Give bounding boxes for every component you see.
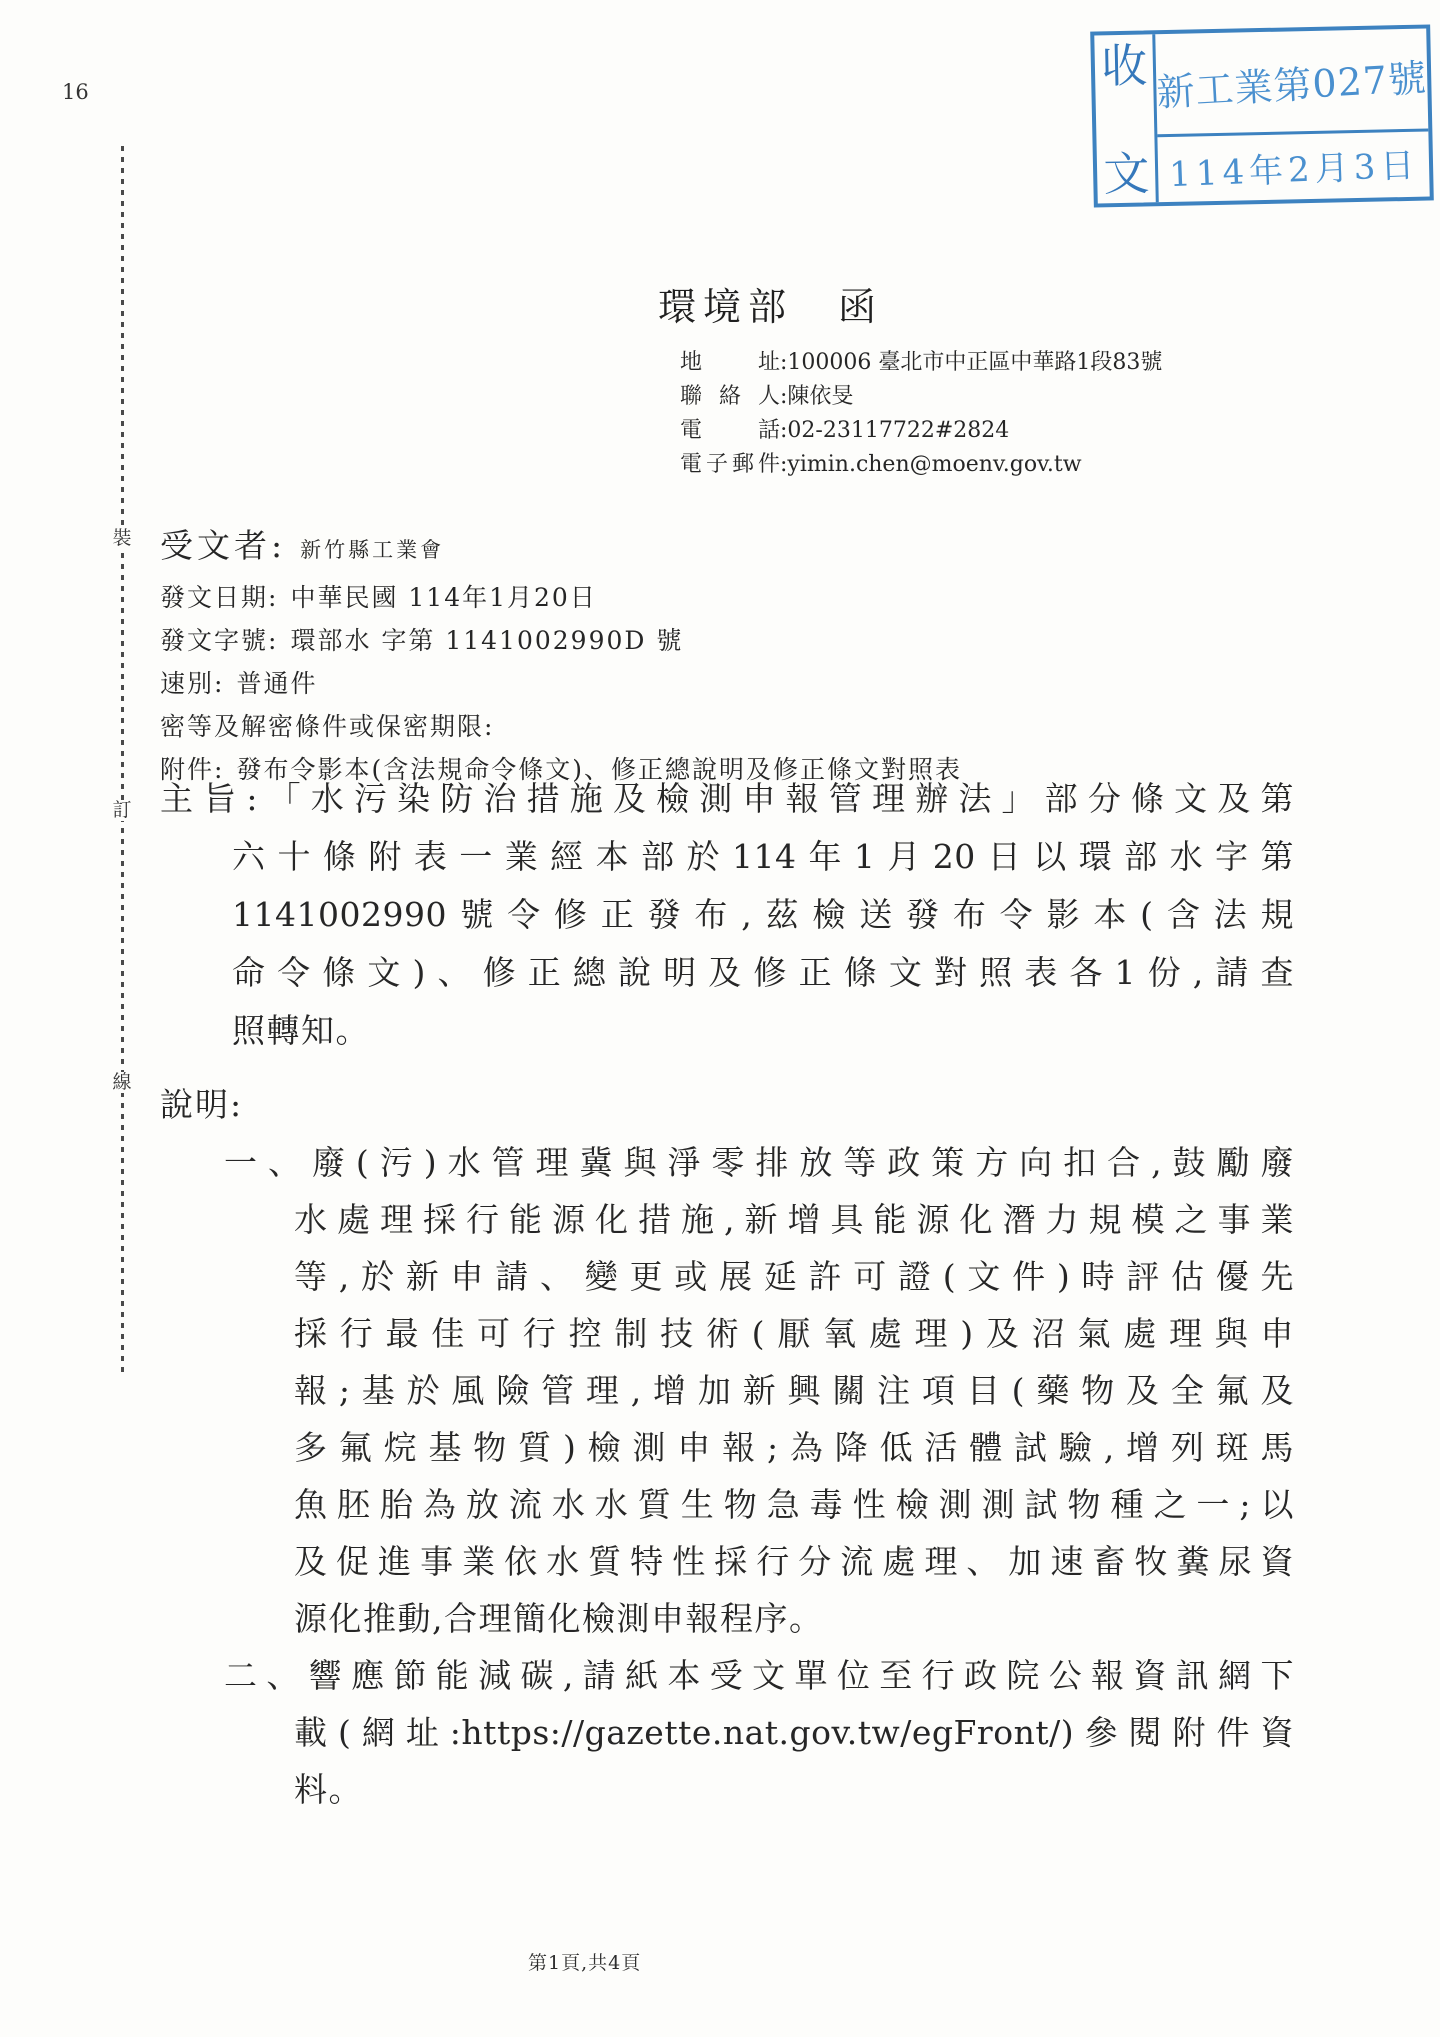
contact-email-value: yimin.chen@moenv.gov.tw — [787, 448, 1081, 482]
letter-body: 主旨:「水污染防治措施及檢測申報管理辦法」部分條文及第 六十條附表一業經本部於1… — [160, 770, 1294, 1818]
subject-line: 主旨:「水污染防治措施及檢測申報管理辦法」部分條文及第 — [160, 770, 1294, 828]
subject-line: 1141002990號令修正發布,茲檢送發布令影本(含法規 — [232, 886, 1294, 944]
explanation-item1-line: 魚胚胎為放流水水質生物急毒性檢測測試物種之一;以 — [294, 1476, 1294, 1533]
document-page: 16 收 文 新工業第027號 114年2月3日 裝 訂 線 環境部 函 地址:… — [0, 0, 1440, 2037]
contact-phone-row: 電話:02-23117722#2824 — [680, 414, 1162, 448]
explanation-item2-line: 二、響應節能減碳,請紙本受文單位至行政院公報資訊網下 — [224, 1647, 1294, 1704]
meta-speed-row: 速別:普通件 — [160, 662, 962, 705]
stamp-date-handwriting: 114年2月3日 — [1168, 138, 1420, 197]
contact-address-value: 100006 臺北市中正區中華路1段83號 — [787, 346, 1162, 380]
stamp-char-receive: 收 — [1101, 42, 1148, 89]
explanation-item1-line: 採行最佳可行控制技術(厭氧處理)及沼氣處理與申 — [294, 1305, 1294, 1362]
meta-doc-number-value: 環部水 字第 1141002990D 號 — [290, 626, 683, 655]
meta-issue-date-row: 發文日期:中華民國 114年1月20日 — [160, 576, 962, 619]
recipient-line: 受文者:新竹縣工業會 — [160, 520, 444, 567]
contact-person-value: 陳依旻 — [787, 380, 853, 414]
binding-mark-ding: 訂 — [109, 800, 135, 821]
recipient-label: 受文者: — [160, 526, 286, 565]
received-stamp-label-column: 收 文 — [1094, 34, 1159, 203]
meta-doc-number-label: 發文字號: — [160, 626, 278, 655]
explanation-item1-line: 報;基於風險管理,增加新興關注項目(藥物及全氟及 — [294, 1362, 1294, 1419]
stamp-date-cell: 114年2月3日 — [1158, 132, 1430, 203]
explanation-item1-line: 等,於新申請、變更或展延許可證(文件)時評估優先 — [294, 1248, 1294, 1305]
contact-email-row: 電子郵件:yimin.chen@moenv.gov.tw — [680, 448, 1162, 482]
contact-info: 地址:100006 臺北市中正區中華路1段83號 聯絡人:陳依旻 電話:02-2… — [680, 346, 1162, 482]
binding-mark-xian: 線 — [109, 1072, 135, 1093]
doc-meta: 發文日期:中華民國 114年1月20日 發文字號:環部水 字第 11410029… — [160, 576, 962, 791]
page-corner-number: 16 — [62, 80, 89, 104]
recipient-value: 新竹縣工業會 — [300, 538, 444, 562]
contact-phone-value: 02-23117722#2824 — [787, 414, 1009, 448]
letter-title: 環境部 函 — [658, 276, 883, 331]
explanation-item1-line: 一、廢(污)水管理冀與淨零排放等政策方向扣合,鼓勵廢 — [224, 1134, 1294, 1191]
explanation-item1-line: 源化推動,合理簡化檢測申報程序。 — [294, 1590, 1294, 1647]
meta-speed-value: 普通件 — [236, 669, 317, 698]
contact-address-row: 地址:100006 臺北市中正區中華路1段83號 — [680, 346, 1162, 380]
meta-speed-label: 速別: — [160, 669, 224, 698]
meta-issue-date-value: 中華民國 114年1月20日 — [290, 583, 596, 612]
explanation-item2-line: 載(網址:https://gazette.nat.gov.tw/egFront/… — [294, 1704, 1294, 1761]
binding-mark-zhuang: 裝 — [109, 528, 135, 549]
contact-phone-label: 電話 — [680, 414, 780, 448]
contact-person-label: 聯絡人 — [680, 380, 780, 414]
explanation-item1-line: 及促進事業依水質特性採行分流處理、加速畜牧糞尿資 — [294, 1533, 1294, 1590]
explanation-heading: 說明: — [160, 1076, 1294, 1134]
meta-doc-number-row: 發文字號:環部水 字第 1141002990D 號 — [160, 619, 962, 662]
meta-classification-row: 密等及解密條件或保密期限: — [160, 705, 962, 748]
page-footer: 第1頁,共4頁 — [528, 1948, 641, 1975]
stamp-char-document: 文 — [1103, 150, 1150, 197]
contact-email-label: 電子郵件 — [680, 448, 780, 482]
contact-person-row: 聯絡人:陳依旻 — [680, 380, 1162, 414]
contact-address-label: 地址 — [680, 346, 780, 380]
explanation-item1-line: 多氟烷基物質)檢測申報;為降低活體試驗,增列斑馬 — [294, 1419, 1294, 1476]
received-stamp-entry-column: 新工業第027號 114年2月3日 — [1156, 29, 1430, 203]
colon: : — [780, 414, 787, 448]
colon: : — [780, 346, 787, 380]
colon: : — [780, 380, 787, 414]
subject-line: 六十條附表一業經本部於114年1月20日以環部水字第 — [232, 828, 1294, 886]
subject-line: 照轉知。 — [232, 1002, 1294, 1060]
meta-issue-date-label: 發文日期: — [160, 583, 278, 612]
subject-line: 命令條文)、修正總說明及修正條文對照表各1份,請查 — [232, 944, 1294, 1002]
received-stamp: 收 文 新工業第027號 114年2月3日 — [1090, 24, 1434, 207]
meta-classification-label: 密等及解密條件或保密期限: — [160, 712, 494, 741]
explanation-item2-line: 料。 — [294, 1761, 1294, 1818]
explanation-item1-line: 水處理採行能源化措施,新增具能源化潛力規模之事業 — [294, 1191, 1294, 1248]
stamp-doc-number-cell: 新工業第027號 — [1156, 29, 1429, 138]
stamp-doc-number-handwriting: 新工業第027號 — [1155, 46, 1428, 116]
binding-dotted-line — [121, 146, 124, 1378]
